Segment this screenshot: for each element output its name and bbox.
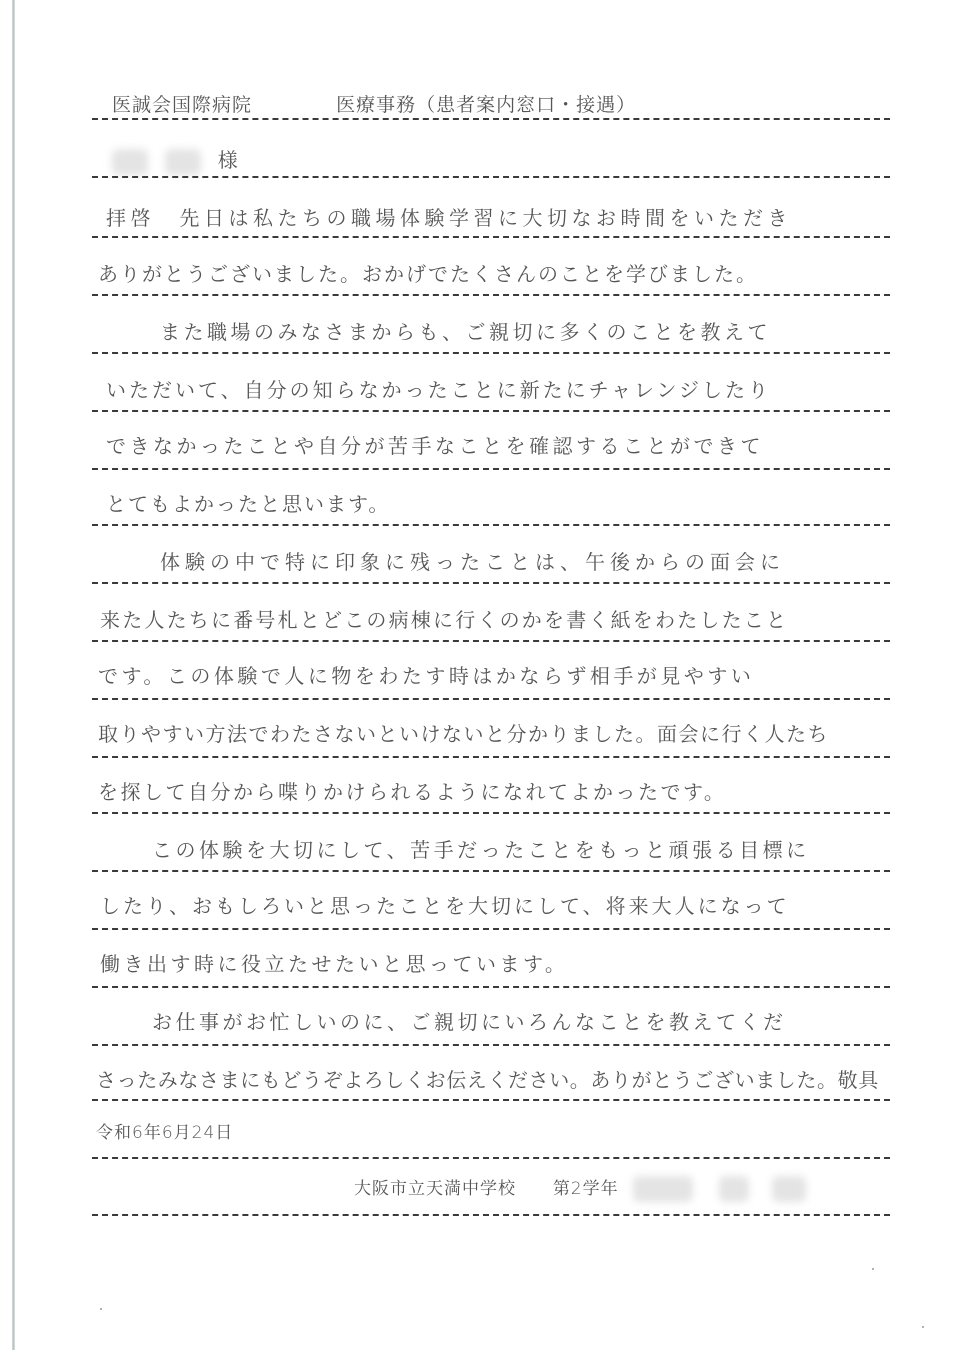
body-line-2: ありがとうございました。おかげでたくさんのことを学びました。 (98, 258, 898, 287)
ruled-line (92, 756, 890, 758)
body-line-9: です。この体験で人に物をわたす時はかならず相手が見やすい (98, 660, 898, 689)
body-line-10: 取りやすい方法でわたさないといけないと分かりました。面会に行く人たち (98, 718, 898, 747)
body-line-14: 働き出す時に役立たせたいと思っています。 (100, 948, 900, 977)
recipient-org: 医誠会国際病院 (112, 94, 252, 116)
ruled-line (92, 1044, 890, 1046)
body-line-11: を探して自分から喋りかけられるようになれてよかったです。 (98, 776, 898, 805)
ruled-line (92, 176, 890, 178)
ruled-line (92, 698, 890, 700)
letter-sheet: 医誠会国際病院 医療事務（患者案内窓口・接遇） 様 拝啓 先日は私たちの職場体験… (92, 0, 892, 1350)
recipient-suffix: 様 (218, 148, 243, 172)
ruled-line (92, 986, 890, 988)
ruled-line (92, 294, 890, 296)
body-line-3: また職場のみなさまからも、ご親切に多くのことを教えて (160, 316, 955, 345)
ruled-line (92, 468, 890, 470)
letter-date: 令和6年6月24日 (96, 1118, 896, 1143)
recipient-header: 医誠会国際病院 医療事務（患者案内窓口・接遇） (112, 90, 912, 117)
redacted-name (719, 1176, 749, 1202)
ruled-line (92, 870, 890, 872)
redacted-name (112, 149, 148, 175)
body-line-5: できなかったことや自分が苦手なことを確認することができて (106, 430, 906, 459)
body-line-4: いただいて、自分の知らなかったことに新たにチャレンジしたり (106, 374, 906, 403)
body-line-15: お仕事がお忙しいのに、ご親切にいろんなことを教えてくだ (152, 1006, 952, 1035)
ruled-line (92, 1157, 890, 1159)
ruled-line (92, 812, 890, 814)
body-line-6: とてもよかったと思います。 (106, 488, 906, 517)
scan-edge (12, 0, 15, 1350)
ruled-line (92, 236, 890, 238)
body-line-8: 来た人たちに番号札とどこの病棟に行くのかを書く紙をわたしたこと (100, 604, 900, 633)
ruled-line (92, 352, 890, 354)
scan-speck (922, 1326, 924, 1328)
recipient-name-line: 様 (112, 144, 912, 175)
scan-speck (872, 1268, 874, 1270)
ruled-line (92, 640, 890, 642)
body-line-12: この体験を大切にして、苦手だったことをもっと頑張る目標に (152, 834, 952, 863)
body-line-1: 拝啓 先日は私たちの職場体験学習に大切なお時間をいただき (106, 202, 906, 231)
ruled-line (92, 410, 890, 412)
body-line-7: 体験の中で特に印象に残ったことは、午後からの面会に (160, 546, 955, 575)
ruled-line (92, 118, 890, 120)
sender-grade: 第2学年 (553, 1179, 619, 1199)
body-line-16: さったみなさまにもどうぞよろしくお伝えください。ありがとうございました。敬具 (96, 1064, 896, 1093)
sender-line: 大阪市立天満中学校 第2学年 (354, 1174, 955, 1202)
ruled-line (92, 582, 890, 584)
ruled-line (92, 928, 890, 930)
sender-school: 大阪市立天満中学校 (354, 1179, 516, 1199)
ruled-line (92, 1099, 890, 1101)
redacted-name (633, 1176, 693, 1202)
redacted-name (165, 149, 201, 175)
ruled-line (92, 1214, 890, 1216)
scan-speck (100, 1308, 102, 1310)
ruled-line (92, 524, 890, 526)
recipient-dept: 医療事務（患者案内窓口・接遇） (336, 94, 636, 116)
body-line-13: したり、おもしろいと思ったことを大切にして、将来大人になって (100, 890, 900, 919)
redacted-name (772, 1176, 806, 1202)
